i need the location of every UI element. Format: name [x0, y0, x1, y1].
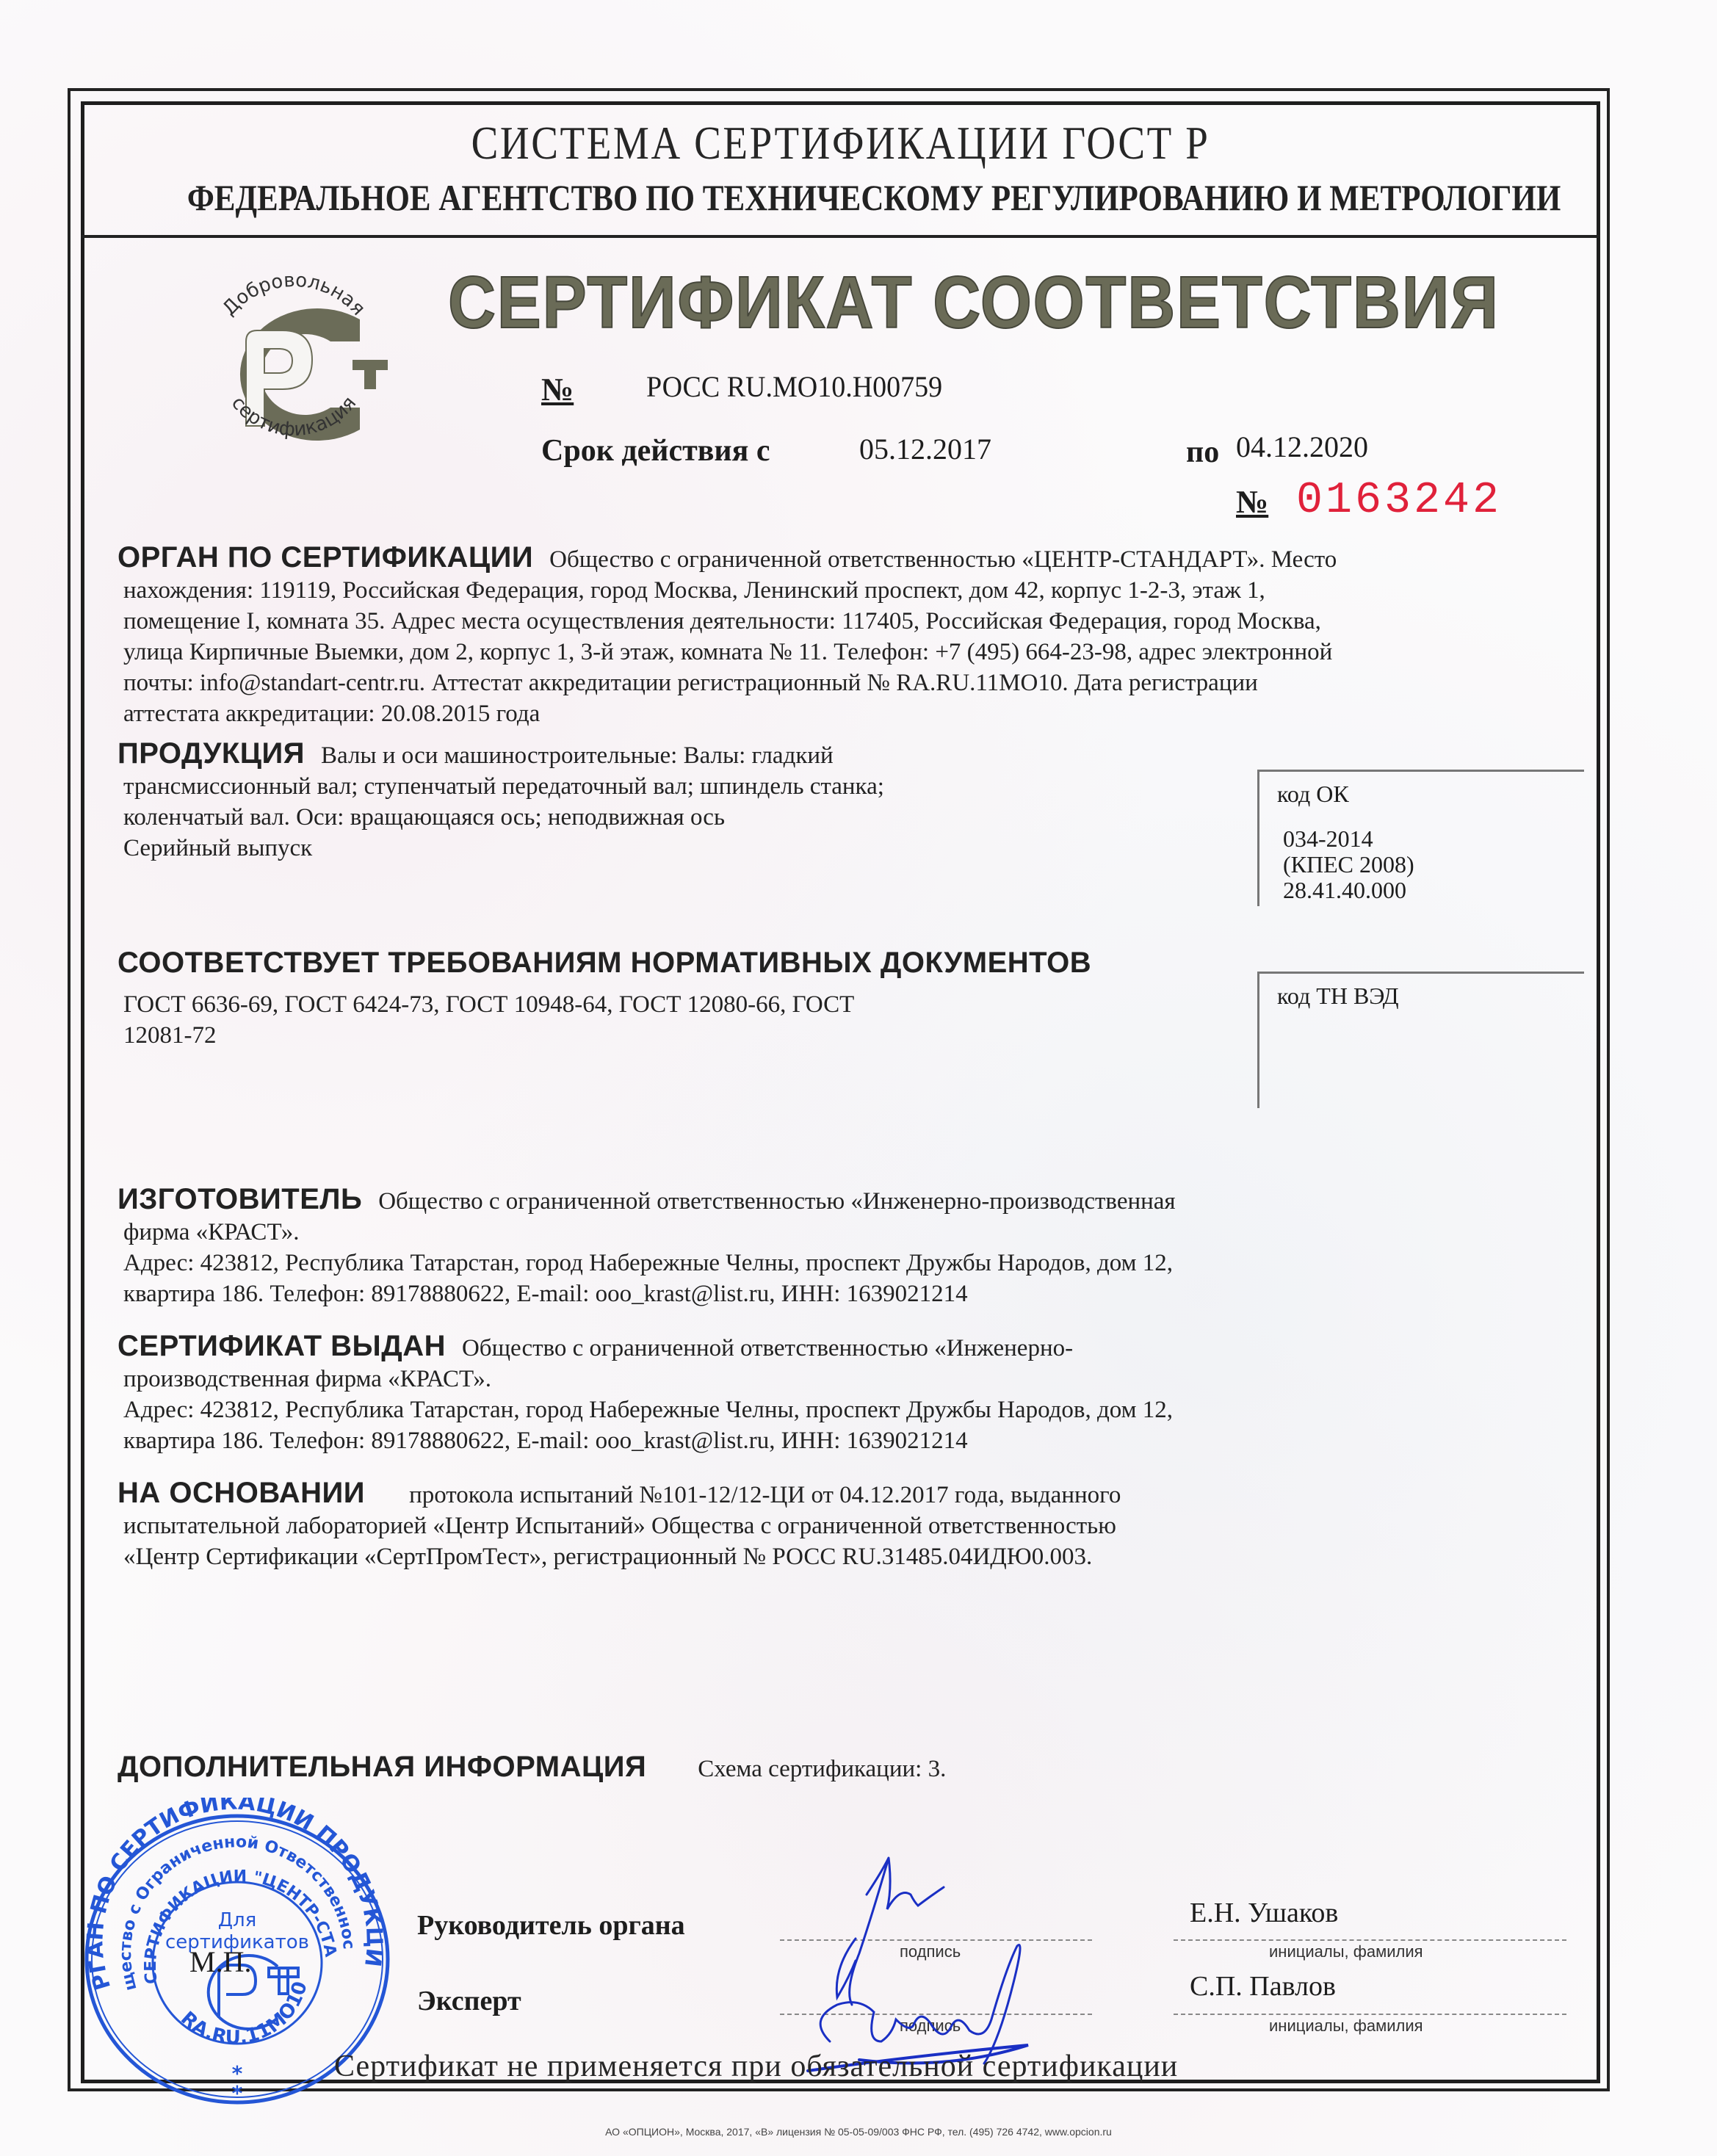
- compliance-section: СООТВЕТСТВУЕТ ТРЕБОВАНИЯМ НОРМАТИВНЫХ ДО…: [118, 947, 1248, 1051]
- code-tnved-label: код ТН ВЭД: [1277, 983, 1399, 1010]
- expert-role-label: Эксперт: [417, 1985, 521, 2017]
- rst-logo-icon: Добровольная сертификация: [184, 257, 404, 477]
- products-section: ПРОДУКЦИЯВалы и оси машиностроительные: …: [118, 738, 1248, 864]
- seal-placeholder: М.П.: [189, 1945, 251, 1979]
- section-line: квартира 186. Телефон: 89178880622, E-ma…: [118, 1278, 1586, 1309]
- code-ok-value: 034-2014: [1283, 826, 1373, 852]
- section-line: «Центр Сертификации «СертПромТест», реги…: [118, 1541, 1586, 1572]
- certification-body-section: ОРГАН ПО СЕРТИФИКАЦИИОбщество с ограниче…: [118, 542, 1586, 729]
- code-ok-value: (КПЕС 2008): [1283, 852, 1414, 878]
- section-line: 12081-72: [118, 1020, 1248, 1051]
- section-line: Валы и оси машиностроительные: Валы: гла…: [321, 742, 834, 769]
- section-line: испытательной лабораторией «Центр Испыта…: [118, 1511, 1586, 1541]
- voluntary-notice: Сертификат не применяется при обязательн…: [334, 2049, 1178, 2084]
- section-line: ГОСТ 6636-69, ГОСТ 6424-73, ГОСТ 10948-6…: [118, 989, 1248, 1020]
- section-line: улица Кирпичные Выемки, дом 2, корпус 1,…: [118, 637, 1586, 668]
- head-name-caption: инициалы, фамилия: [1269, 1942, 1423, 1961]
- validity-label: Срок действия с: [541, 433, 770, 469]
- head-name-line: [1174, 1939, 1566, 1941]
- additional-info-label: ДОПОЛНИТЕЛЬНАЯ ИНФОРМАЦИЯ: [118, 1751, 646, 1783]
- header-divider: [81, 235, 1600, 238]
- section-line: Адрес: 423812, Республика Татарстан, гор…: [118, 1248, 1586, 1278]
- compliance-label: СООТВЕТСТВУЕТ ТРЕБОВАНИЯМ НОРМАТИВНЫХ ДО…: [118, 947, 1091, 979]
- head-role-label: Руководитель органа: [417, 1909, 685, 1942]
- svg-text:Для: Для: [218, 1909, 257, 1931]
- head-name: Е.Н. Ушаков: [1190, 1897, 1338, 1929]
- section-line: аттестата аккредитации: 20.08.2015 года: [118, 698, 1586, 729]
- code-ok-label: код ОК: [1277, 781, 1349, 808]
- certificate-title: СЕРТИФИКАТ СООТВЕТСТВИЯ: [448, 261, 1500, 345]
- section-line: Общество с ограниченной ответственностью…: [378, 1188, 1175, 1215]
- agency-title: ФЕДЕРАЛЬНОЕ АГЕНТСТВО ПО ТЕХНИЧЕСКОМУ РЕ…: [187, 176, 1494, 219]
- manufacturer-section: ИЗГОТОВИТЕЛЬОбщество с ограниченной отве…: [118, 1184, 1586, 1309]
- expert-name-line: [1174, 2014, 1566, 2015]
- section-line: квартира 186. Телефон: 89178880622, E-ma…: [118, 1425, 1586, 1456]
- code-ok-box: код ОК 034-2014 (КПЕС 2008) 28.41.40.000: [1257, 770, 1584, 906]
- code-tnved-box: код ТН ВЭД: [1257, 972, 1584, 1108]
- certification-body-label: ОРГАН ПО СЕРТИФИКАЦИИ: [118, 541, 533, 574]
- section-line: трансмиссионный вал; ступенчатый передат…: [118, 771, 1248, 802]
- section-line: Адрес: 423812, Республика Татарстан, гор…: [118, 1394, 1586, 1425]
- section-line: помещение I, комната 35. Адрес места осу…: [118, 606, 1586, 637]
- basis-section: НА ОСНОВАНИИпротокола испытаний №101-12/…: [118, 1477, 1586, 1572]
- section-line: нахождения: 119119, Российская Федерация…: [118, 575, 1586, 606]
- valid-to-label: по: [1186, 435, 1219, 470]
- certification-scheme: Схема сертификации: 3.: [698, 1756, 946, 1782]
- number-symbol: №: [541, 371, 574, 408]
- issued-to-label: СЕРТИФИКАТ ВЫДАН: [118, 1330, 446, 1362]
- section-line: производственная фирма «КРАСТ».: [118, 1364, 1586, 1394]
- section-line: Серийный выпуск: [118, 833, 1248, 864]
- section-line: фирма «КРАСТ».: [118, 1217, 1586, 1248]
- section-line: коленчатый вал. Оси: вращающаяся ось; не…: [118, 802, 1248, 833]
- code-ok-value: 28.41.40.000: [1283, 878, 1406, 903]
- basis-label: НА ОСНОВАНИИ: [118, 1477, 365, 1509]
- section-line: Общество с ограниченной ответственностью…: [549, 546, 1337, 573]
- svg-text:*: *: [232, 2081, 243, 2105]
- serial-symbol: №: [1236, 483, 1268, 521]
- section-line: почты: info@standart-centr.ru. Аттестат …: [118, 668, 1586, 698]
- serial-number: 0163242: [1296, 476, 1502, 526]
- section-line: Общество с ограниченной ответственностью…: [462, 1335, 1073, 1361]
- valid-to-date: 04.12.2020: [1236, 430, 1368, 464]
- expert-name-caption: инициалы, фамилия: [1269, 2016, 1423, 2036]
- products-label: ПРОДУКЦИЯ: [118, 737, 305, 770]
- additional-info-section: ДОПОЛНИТЕЛЬНАЯ ИНФОРМАЦИЯСхема сертифика…: [118, 1751, 1586, 1784]
- section-line: протокола испытаний №101-12/12-ЦИ от 04.…: [409, 1482, 1121, 1508]
- handwritten-signature-icon: [764, 1821, 1072, 2086]
- printer-footer: АО «ОПЦИОН», Москва, 2017, «В» лицензия …: [0, 2126, 1717, 2138]
- issued-to-section: СЕРТИФИКАТ ВЫДАНОбщество с ограниченной …: [118, 1331, 1586, 1456]
- manufacturer-label: ИЗГОТОВИТЕЛЬ: [118, 1183, 362, 1215]
- svg-text:RA.RU.11МО10: RA.RU.11МО10: [176, 1979, 311, 2049]
- system-title: СИСТЕМА СЕРТИФИКАЦИИ ГОСТ Р: [187, 116, 1494, 170]
- expert-name: С.П. Павлов: [1190, 1970, 1336, 2003]
- certificate-number: РОСС RU.МО10.Н00759: [646, 369, 942, 404]
- valid-from-date: 05.12.2017: [859, 432, 991, 466]
